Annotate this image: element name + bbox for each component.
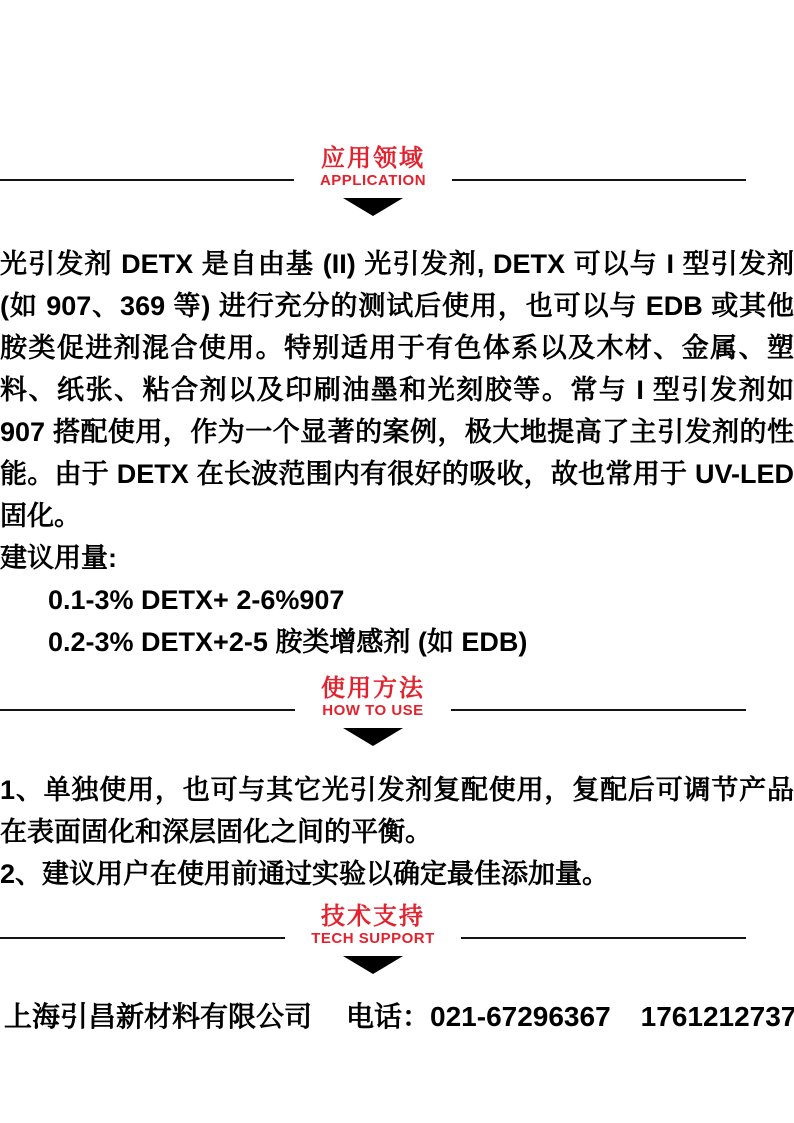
divider-line-left xyxy=(0,709,295,711)
triangle-wrap xyxy=(0,198,746,216)
usage-item-2: 2、建议用户在使用前通过实验以确定最佳添加量。 xyxy=(0,853,794,895)
section-titles-how-to-use: 使用方法 HOW TO USE xyxy=(295,676,451,720)
company-name: 上海引昌新材料有限公司 xyxy=(4,1000,312,1034)
section-title-en: HOW TO USE xyxy=(321,702,425,720)
section-header-tech-support: 技术支持 TECH SUPPORT xyxy=(0,904,794,948)
section-header-how-to-use: 使用方法 HOW TO USE xyxy=(0,676,794,720)
dosage-heading: 建议用量: xyxy=(0,537,794,579)
divider-line-left xyxy=(0,937,285,939)
divider-line-right xyxy=(452,179,746,181)
application-paragraph: 光引发剂 DETX 是自由基 (II) 光引发剂, DETX 可以与 I 型引发… xyxy=(0,243,794,537)
usage-items: 1、单独使用，也可与其它光引发剂复配使用，复配后可调节产品在表面固化和深层固化之… xyxy=(0,769,794,895)
down-triangle-icon xyxy=(343,198,403,216)
datasheet-page: 应用领域 APPLICATION 光引发剂 DETX 是自由基 (II) 光引发… xyxy=(0,0,794,1123)
usage-item-1: 1、单独使用，也可与其它光引发剂复配使用，复配后可调节产品在表面固化和深层固化之… xyxy=(0,769,794,853)
section-title-cn: 使用方法 xyxy=(321,676,425,702)
dosage-line-1: 0.1-3% DETX+ 2-6%907 xyxy=(0,579,794,621)
section-title-cn: 应用领域 xyxy=(320,146,426,172)
section-title-en: APPLICATION xyxy=(320,172,426,190)
section-header-application: 应用领域 APPLICATION xyxy=(0,146,794,190)
section-titles-application: 应用领域 APPLICATION xyxy=(294,146,452,190)
divider-line-right xyxy=(461,937,746,939)
triangle-wrap xyxy=(0,728,746,746)
phone-label: 电话： xyxy=(346,1000,430,1034)
triangle-wrap xyxy=(0,956,746,974)
divider-line-left xyxy=(0,179,294,181)
phone-number-2: 17612127377 xyxy=(641,1000,794,1034)
dosage-line-2: 0.2-3% DETX+2-5 胺类增感剂 (如 EDB) xyxy=(0,621,794,663)
divider-line-right xyxy=(451,709,746,711)
down-triangle-icon xyxy=(343,728,403,746)
section-titles-tech-support: 技术支持 TECH SUPPORT xyxy=(285,904,461,948)
down-triangle-icon xyxy=(343,956,403,974)
contact-line: 上海引昌新材料有限公司 电话： 021-67296367 17612127377 xyxy=(0,1000,794,1034)
section-title-en: TECH SUPPORT xyxy=(311,930,435,948)
section-title-cn: 技术支持 xyxy=(311,904,435,930)
phone-number-1: 021-67296367 xyxy=(430,1000,611,1034)
